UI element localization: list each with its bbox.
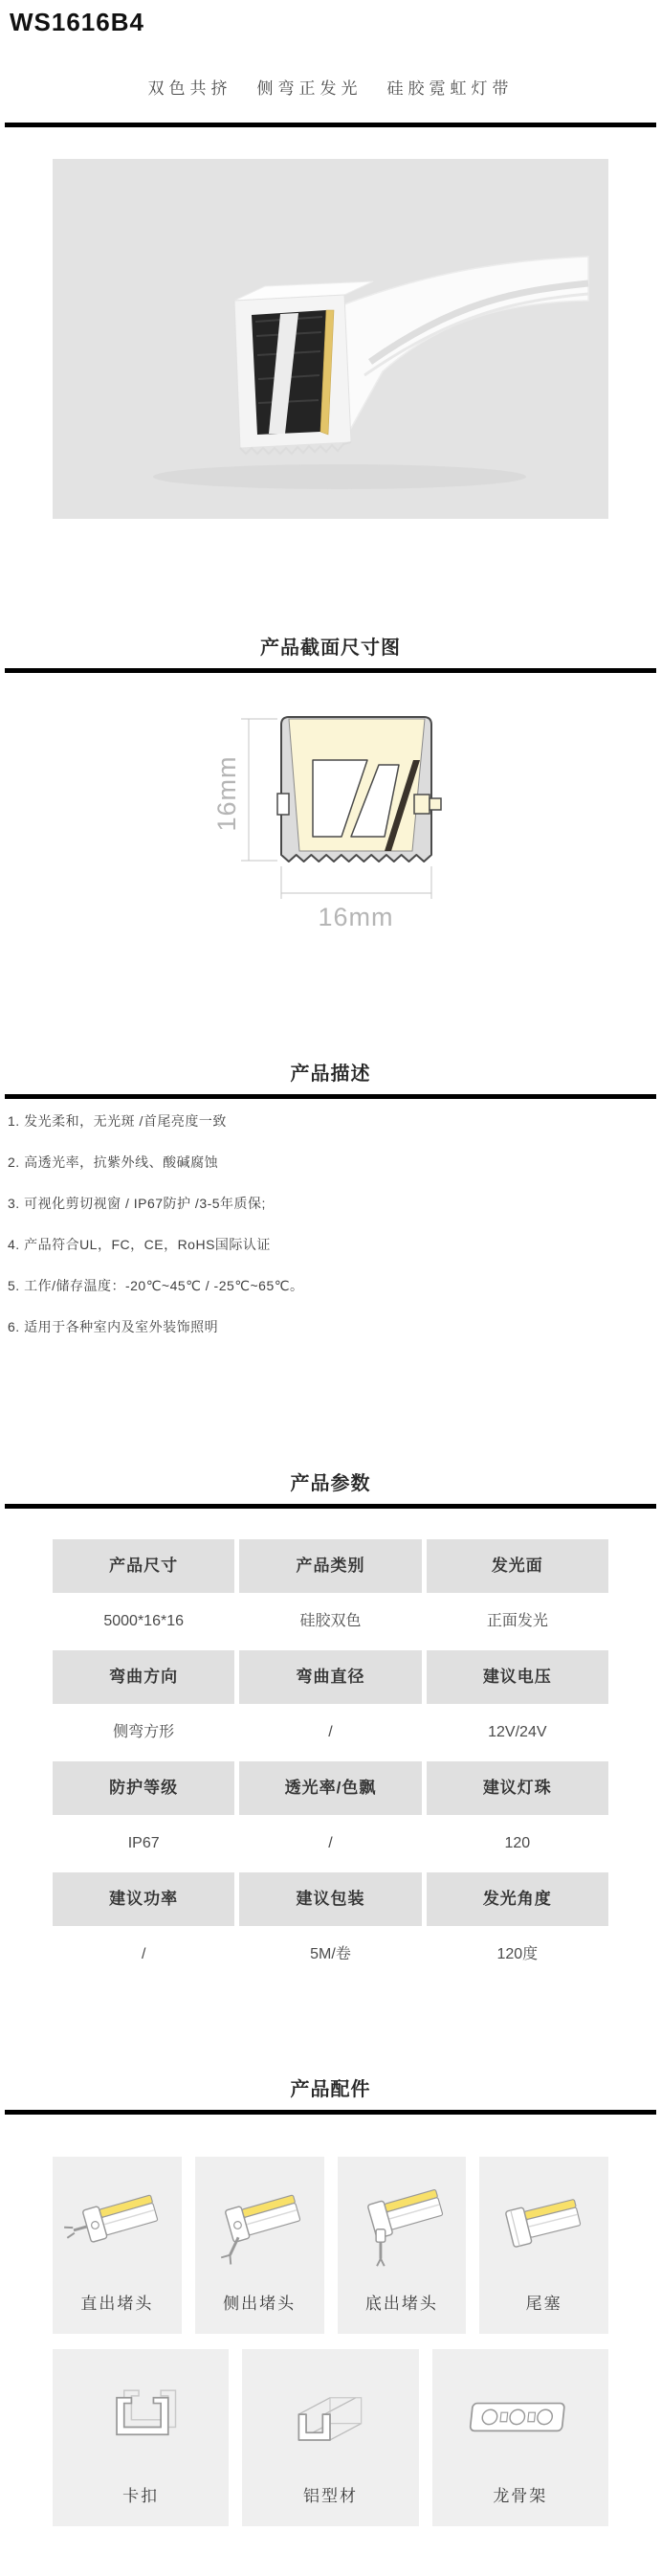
keel-bracket-icon <box>453 2349 587 2482</box>
description-item: 3. 可视化剪切视窗 / IP67防护 /3-5年质保; <box>8 1197 661 1210</box>
param-header-cell: 建议电压 <box>427 1650 608 1704</box>
accessory-card: 卡扣 <box>53 2349 229 2526</box>
param-value-cell: IP67 <box>53 1815 234 1872</box>
accessory-card: 龙骨架 <box>432 2349 608 2526</box>
param-value-cell: / <box>239 1815 421 1872</box>
clip-icon <box>74 2349 208 2482</box>
accessory-card: 铝型材 <box>242 2349 418 2526</box>
param-value-cell: 正面发光 <box>427 1593 608 1650</box>
accessories-row-1: 直出堵头 侧出堵头 <box>53 2157 608 2334</box>
accessory-label: 侧出堵头 <box>223 2290 296 2309</box>
param-value-cell: 硅胶双色 <box>239 1593 421 1650</box>
parameters-table: 产品尺寸 产品类别 发光面 5000*16*16 硅胶双色 正面发光 弯曲方向 … <box>53 1539 608 1983</box>
tail-plug-icon <box>488 2157 601 2290</box>
param-header-cell: 弯曲方向 <box>53 1650 234 1704</box>
description-item: 4. 产品符合UL，FC，CE，RoHS国际认证 <box>8 1238 661 1251</box>
param-header-row: 建议功率 建议包装 发光角度 <box>53 1872 608 1926</box>
param-header-cell: 建议灯珠 <box>427 1761 608 1815</box>
accessory-card: 尾塞 <box>479 2157 608 2334</box>
product-render-box <box>53 159 608 519</box>
parameters-title: 产品参数 <box>0 1467 661 1492</box>
param-header-cell: 发光角度 <box>427 1872 608 1926</box>
param-value-cell: 5000*16*16 <box>53 1593 234 1650</box>
product-page: WS1616B4 双色共挤 侧弯正发光 硅胶霓虹灯带 产品截面尺寸图 <box>0 0 661 2526</box>
description-item: 2. 高透光率，抗紫外线、酸碱腐蚀 <box>8 1155 661 1169</box>
accessory-card: 底出堵头 <box>338 2157 467 2334</box>
straight-outlet-endcap-icon <box>60 2157 173 2290</box>
product-tags: 双色共挤 侧弯正发光 硅胶霓虹灯带 <box>0 75 661 96</box>
description-item: 6. 适用于各种室内及室外装饰照明 <box>8 1320 661 1333</box>
cross-section-drawing: 16mm 16mm <box>207 711 474 933</box>
param-header-row: 防护等级 透光率/色飘 建议灯珠 <box>53 1761 608 1815</box>
param-value-cell: 120 <box>427 1815 608 1872</box>
param-header-cell: 产品尺寸 <box>53 1539 234 1593</box>
description-divider <box>5 1094 656 1099</box>
param-value-row: 侧弯方形 / 12V/24V <box>53 1704 608 1761</box>
param-value-cell: 12V/24V <box>427 1704 608 1761</box>
param-header-cell: 透光率/色飘 <box>239 1761 421 1815</box>
param-value-cell: 侧弯方形 <box>53 1704 234 1761</box>
param-value-cell: / <box>239 1704 421 1761</box>
param-value-row: / 5M/卷 120度 <box>53 1926 608 1983</box>
description-title: 产品描述 <box>0 1058 661 1083</box>
description-list: 1. 发光柔和，无光斑 /首尾亮度一致 2. 高透光率，抗紫外线、酸碱腐蚀 3.… <box>0 1114 661 1333</box>
aluminum-profile-icon <box>263 2349 397 2482</box>
accessories-row-2: 卡扣 铝型材 <box>53 2349 608 2526</box>
param-value-cell: 5M/卷 <box>239 1926 421 1983</box>
param-header-cell: 建议包装 <box>239 1872 421 1926</box>
accessory-label: 直出堵头 <box>80 2290 153 2309</box>
parameters-divider <box>5 1504 656 1509</box>
cross-section-diagram: 16mm 16mm <box>0 711 661 933</box>
description-item: 1. 发光柔和，无光斑 /首尾亮度一致 <box>8 1114 661 1128</box>
param-header-row: 产品尺寸 产品类别 发光面 <box>53 1539 608 1593</box>
param-value-row: IP67 / 120 <box>53 1815 608 1872</box>
param-header-cell: 发光面 <box>427 1539 608 1593</box>
side-outlet-endcap-icon <box>203 2157 316 2290</box>
tag-side-bend: 侧弯正发光 <box>257 75 363 96</box>
description-item: 5. 工作/储存温度：-20℃~45℃ / -25℃~65℃。 <box>8 1279 661 1292</box>
bottom-outlet-endcap-icon <box>345 2157 458 2290</box>
tag-silicone-neon: 硅胶霓虹灯带 <box>387 75 514 96</box>
accessory-card: 侧出堵头 <box>195 2157 324 2334</box>
param-value-cell: / <box>53 1926 234 1983</box>
param-value-row: 5000*16*16 硅胶双色 正面发光 <box>53 1593 608 1650</box>
param-header-cell: 防护等级 <box>53 1761 234 1815</box>
accessory-card: 直出堵头 <box>53 2157 182 2334</box>
accessories-title: 产品配件 <box>0 2073 661 2098</box>
tag-dual-color: 双色共挤 <box>148 75 232 96</box>
param-header-cell: 建议功率 <box>53 1872 234 1926</box>
accessory-label: 底出堵头 <box>365 2290 438 2309</box>
param-header-row: 弯曲方向 弯曲直径 建议电压 <box>53 1650 608 1704</box>
product-render-image <box>53 159 608 519</box>
param-value-cell: 120度 <box>427 1926 608 1983</box>
param-header-cell: 弯曲直径 <box>239 1650 421 1704</box>
accessories-divider <box>5 2110 656 2115</box>
page-title: WS1616B4 <box>0 0 661 33</box>
accessory-label: 卡扣 <box>122 2482 159 2501</box>
cross-section-title: 产品截面尺寸图 <box>0 632 661 657</box>
accessory-label: 龙骨架 <box>493 2482 547 2501</box>
param-header-cell: 产品类别 <box>239 1539 421 1593</box>
width-dimension-label: 16mm <box>318 903 393 931</box>
accessory-label: 尾塞 <box>526 2290 562 2309</box>
header-divider <box>5 123 656 127</box>
height-dimension-label: 16mm <box>212 755 241 831</box>
accessory-label: 铝型材 <box>303 2482 358 2501</box>
cross-section-divider <box>5 668 656 673</box>
